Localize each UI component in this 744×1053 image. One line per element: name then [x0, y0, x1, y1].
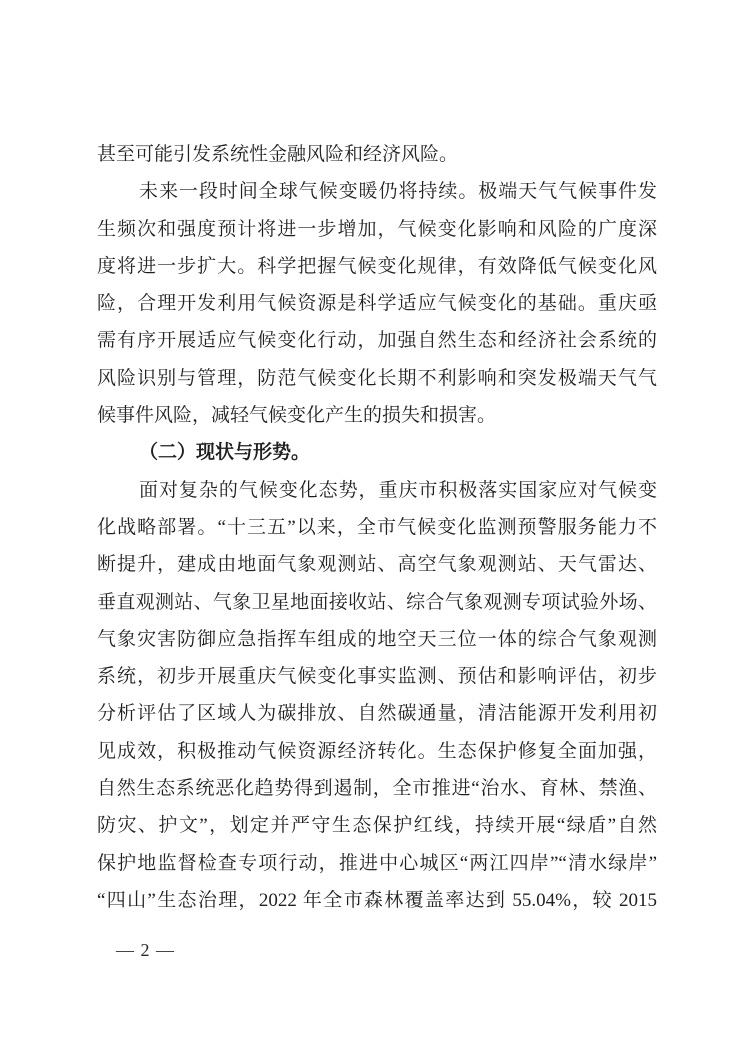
- body-line: 化战略部署。“十三五”以来，全市气候变化监测预警服务能力不: [97, 509, 657, 546]
- body-line: 甚至可能引发系统性金融风险和经济风险。: [97, 136, 657, 173]
- body-line: 自然生态系统恶化趋势得到遏制，全市推进“治水、育林、禁渔、: [97, 770, 657, 807]
- body-line: 气象灾害防御应急指挥车组成的地空天三位一体的综合气象观测: [97, 621, 657, 658]
- body-line: “四山”生态治理，2022 年全市森林覆盖率达到 55.04%，较 2015: [97, 882, 657, 919]
- section-heading: （二）现状与形势。: [97, 434, 657, 471]
- body-line: 面对复杂的气候变化态势，重庆市积极落实国家应对气候变: [97, 472, 657, 509]
- body-line: 生频次和强度预计将进一步增加，气候变化影响和风险的广度深: [97, 211, 657, 248]
- body-line: 断提升，建成由地面气象观测站、高空气象观测站、天气雷达、: [97, 546, 657, 583]
- body-line: 保护地监督检查专项行动，推进中心城区“两江四岸”“清水绿岸”: [97, 845, 657, 882]
- document-page: 甚至可能引发系统性金融风险和经济风险。 未来一段时间全球气候变暖仍将持续。极端天…: [0, 0, 744, 1053]
- body-line: 度将进一步扩大。科学把握气候变化规律，有效降低气候变化风: [97, 248, 657, 285]
- body-line: 垂直观测站、气象卫星地面接收站、综合气象观测专项试验外场、: [97, 584, 657, 621]
- body-line: 险，合理开发利用气候资源是科学适应气候变化的基础。重庆亟: [97, 285, 657, 322]
- body-line: 防灾、护文”，划定并严守生态保护红线，持续开展“绿盾”自然: [97, 807, 657, 844]
- document-text-block: 甚至可能引发系统性金融风险和经济风险。 未来一段时间全球气候变暖仍将持续。极端天…: [97, 136, 657, 919]
- body-line: 见成效，积极推动气候资源经济转化。生态保护修复全面加强，: [97, 733, 657, 770]
- body-line: 候事件风险，减轻气候变化产生的损失和损害。: [97, 397, 657, 434]
- page-number: — 2 —: [116, 938, 175, 962]
- body-line: 需有序开展适应气候变化行动，加强自然生态和经济社会系统的: [97, 322, 657, 359]
- body-line: 分析评估了区域人为碳排放、自然碳通量，清洁能源开发利用初: [97, 695, 657, 732]
- body-line: 系统，初步开展重庆气候变化事实监测、预估和影响评估，初步: [97, 658, 657, 695]
- body-line: 风险识别与管理，防范气候变化长期不利影响和突发极端天气气: [97, 360, 657, 397]
- body-line: 未来一段时间全球气候变暖仍将持续。极端天气气候事件发: [97, 173, 657, 210]
